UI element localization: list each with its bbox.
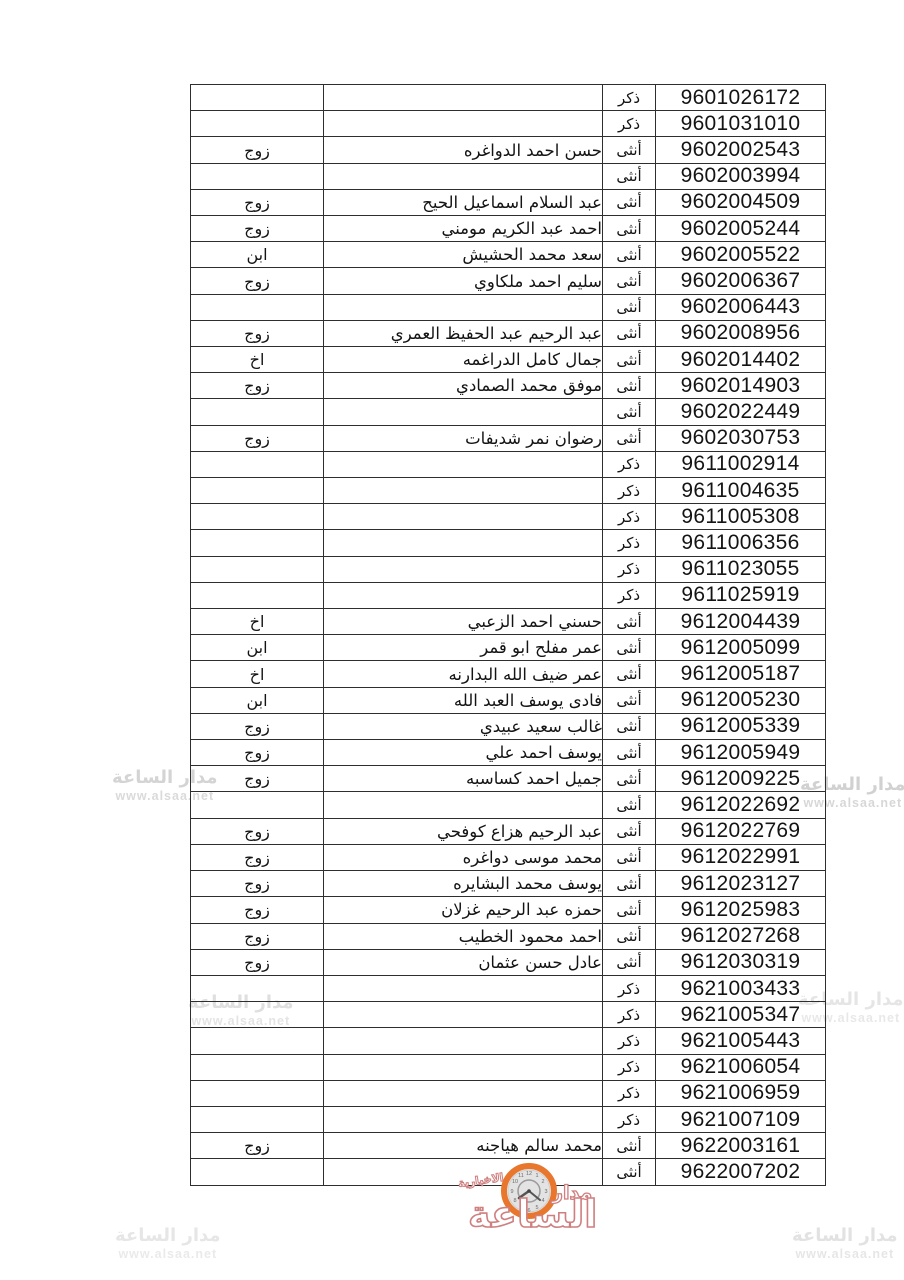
cell-gender: ذكر xyxy=(603,556,656,582)
cell-relation: زوج xyxy=(191,425,324,451)
table-row: اخجمال كامل الدراغمهأنثى9602014402 xyxy=(191,347,826,373)
table-row: ذكر9621005443 xyxy=(191,1028,826,1054)
cell-relation xyxy=(191,451,324,477)
cell-relation: زوج xyxy=(191,189,324,215)
cell-id: 9602006367 xyxy=(656,268,826,294)
cell-relation xyxy=(191,1080,324,1106)
cell-name xyxy=(324,1002,603,1028)
cell-gender: أنثى xyxy=(603,373,656,399)
watermark-url: www.alsaa.net xyxy=(115,1247,221,1261)
cell-name xyxy=(324,163,603,189)
cell-relation xyxy=(191,582,324,608)
cell-gender: ذكر xyxy=(603,1106,656,1132)
table-row: زوجاحمد عبد الكريم مومنيأنثى9602005244 xyxy=(191,216,826,242)
cell-id: 9602003994 xyxy=(656,163,826,189)
table-row: أنثى9602003994 xyxy=(191,163,826,189)
cell-relation: ابن xyxy=(191,635,324,661)
cell-id: 9612022769 xyxy=(656,818,826,844)
cell-gender: أنثى xyxy=(603,1133,656,1159)
svg-text:9: 9 xyxy=(510,1189,513,1195)
cell-gender: أنثى xyxy=(603,163,656,189)
table-row: زوجحمزه عبد الرحيم غزلانأنثى9612025983 xyxy=(191,897,826,923)
cell-gender: أنثى xyxy=(603,635,656,661)
cell-relation: زوج xyxy=(191,818,324,844)
cell-name: سعد محمد الحشيش xyxy=(324,242,603,268)
watermark-url: www.alsaa.net xyxy=(792,1247,898,1261)
watermark: مدار الساعة www.alsaa.net xyxy=(115,1226,221,1261)
cell-name xyxy=(324,530,603,556)
cell-id: 9602008956 xyxy=(656,320,826,346)
watermark-title: مدار الساعة xyxy=(115,1226,221,1247)
cell-gender: أنثى xyxy=(603,189,656,215)
cell-id: 9612005339 xyxy=(656,713,826,739)
cell-relation: اخ xyxy=(191,347,324,373)
table-row: أنثى9612022692 xyxy=(191,792,826,818)
table-row: ذكر9621003433 xyxy=(191,975,826,1001)
cell-name: حمزه عبد الرحيم غزلان xyxy=(324,897,603,923)
cell-name: عبد السلام اسماعيل الحيح xyxy=(324,189,603,215)
cell-id: 9622003161 xyxy=(656,1133,826,1159)
table-row: ذكر9621006959 xyxy=(191,1080,826,1106)
table-row: زوجرضوان نمر شديفاتأنثى9602030753 xyxy=(191,425,826,451)
table-row: أنثى9602006443 xyxy=(191,294,826,320)
cell-id: 9612022692 xyxy=(656,792,826,818)
cell-gender: أنثى xyxy=(603,320,656,346)
cell-id: 9612004439 xyxy=(656,609,826,635)
cell-gender: ذكر xyxy=(603,530,656,556)
cell-id: 9611023055 xyxy=(656,556,826,582)
table-row: أنثى9602022449 xyxy=(191,399,826,425)
cell-id: 9602005244 xyxy=(656,216,826,242)
cell-name: جميل احمد كساسبه xyxy=(324,766,603,792)
cell-id: 9601031010 xyxy=(656,111,826,137)
cell-gender: ذكر xyxy=(603,504,656,530)
cell-relation: ابن xyxy=(191,687,324,713)
cell-relation xyxy=(191,792,324,818)
cell-name xyxy=(324,478,603,504)
cell-name xyxy=(324,399,603,425)
cell-gender: أنثى xyxy=(603,425,656,451)
cell-relation: زوج xyxy=(191,137,324,163)
cell-name xyxy=(324,582,603,608)
cell-relation xyxy=(191,399,324,425)
table-row: زوججميل احمد كساسبهأنثى9612009225 xyxy=(191,766,826,792)
table-row: ذكر9611025919 xyxy=(191,582,826,608)
cell-id: 9611025919 xyxy=(656,582,826,608)
cell-id: 9602014402 xyxy=(656,347,826,373)
cell-id: 9612027268 xyxy=(656,923,826,949)
cell-id: 9621003433 xyxy=(656,975,826,1001)
cell-gender: أنثى xyxy=(603,216,656,242)
cell-id: 9612005949 xyxy=(656,740,826,766)
cell-gender: أنثى xyxy=(603,871,656,897)
cell-relation: زوج xyxy=(191,897,324,923)
cell-gender: أنثى xyxy=(603,294,656,320)
cell-gender: ذكر xyxy=(603,582,656,608)
cell-relation: زوج xyxy=(191,766,324,792)
cell-id: 9602006443 xyxy=(656,294,826,320)
cell-id: 9602002543 xyxy=(656,137,826,163)
cell-gender: ذكر xyxy=(603,478,656,504)
table-row: زوجموفق محمد الصماديأنثى9602014903 xyxy=(191,373,826,399)
cell-gender: ذكر xyxy=(603,1028,656,1054)
cell-gender: أنثى xyxy=(603,818,656,844)
cell-name: احمد عبد الكريم مومني xyxy=(324,216,603,242)
cell-relation: زوج xyxy=(191,216,324,242)
cell-relation xyxy=(191,1002,324,1028)
svg-text:7: 7 xyxy=(519,1205,522,1211)
cell-relation: زوج xyxy=(191,268,324,294)
svg-text:8: 8 xyxy=(513,1198,516,1204)
cell-id: 9611006356 xyxy=(656,530,826,556)
cell-relation: زوج xyxy=(191,373,324,399)
cell-name xyxy=(324,294,603,320)
cell-id: 9621006959 xyxy=(656,1080,826,1106)
cell-gender: أنثى xyxy=(603,897,656,923)
cell-name: عمر مفلح ابو قمر xyxy=(324,635,603,661)
cell-name xyxy=(324,1080,603,1106)
cell-relation xyxy=(191,163,324,189)
cell-name xyxy=(324,792,603,818)
document-page: مدار الساعة www.alsaa.net مدار الساعة ww… xyxy=(0,0,904,1280)
cell-name: سليم احمد ملكاوي xyxy=(324,268,603,294)
table-row: أنثى9622007202 xyxy=(191,1159,826,1186)
watermark-title: مدار الساعة xyxy=(792,1226,898,1247)
cell-id: 9601026172 xyxy=(656,85,826,111)
cell-relation: زوج xyxy=(191,949,324,975)
table-row: ابنعمر مفلح ابو قمرأنثى9612005099 xyxy=(191,635,826,661)
cell-name: موفق محمد الصمادي xyxy=(324,373,603,399)
cell-gender: أنثى xyxy=(603,844,656,870)
cell-gender: أنثى xyxy=(603,268,656,294)
cell-relation xyxy=(191,504,324,530)
cell-gender: أنثى xyxy=(603,792,656,818)
cell-gender: ذكر xyxy=(603,1002,656,1028)
cell-name xyxy=(324,504,603,530)
cell-relation: زوج xyxy=(191,871,324,897)
cell-gender: أنثى xyxy=(603,687,656,713)
cell-relation xyxy=(191,1159,324,1186)
table-row: ابنسعد محمد الحشيشأنثى9602005522 xyxy=(191,242,826,268)
table-row: اخعمر ضيف الله البدارنهأنثى9612005187 xyxy=(191,661,826,687)
table-row: زوجمحمد موسى دواغرهأنثى9612022991 xyxy=(191,844,826,870)
cell-name: غالب سعيد عبيدي xyxy=(324,713,603,739)
cell-name xyxy=(324,451,603,477)
table-row: ذكر9611005308 xyxy=(191,504,826,530)
cell-name: رضوان نمر شديفات xyxy=(324,425,603,451)
table-row: ذكر9621006054 xyxy=(191,1054,826,1080)
cell-gender: أنثى xyxy=(603,137,656,163)
cell-name xyxy=(324,111,603,137)
table-row: ذكر9621005347 xyxy=(191,1002,826,1028)
table-row: زوجعبد الرحيم هزاع كوفحيأنثى9612022769 xyxy=(191,818,826,844)
table-row: زوجمحمد سالم هياجنهأنثى9622003161 xyxy=(191,1133,826,1159)
cell-relation xyxy=(191,975,324,1001)
cell-gender: أنثى xyxy=(603,949,656,975)
cell-name: فادى يوسف العبد الله xyxy=(324,687,603,713)
cell-relation: اخ xyxy=(191,609,324,635)
cell-gender: ذكر xyxy=(603,451,656,477)
table-row: ابنفادى يوسف العبد اللهأنثى9612005230 xyxy=(191,687,826,713)
cell-id: 9612005099 xyxy=(656,635,826,661)
cell-name: يوسف احمد علي xyxy=(324,740,603,766)
svg-text:6: 6 xyxy=(527,1208,530,1214)
cell-name xyxy=(324,556,603,582)
cell-name: عبد الرحيم عبد الحفيظ العمري xyxy=(324,320,603,346)
cell-relation: زوج xyxy=(191,1133,324,1159)
cell-id: 9621007109 xyxy=(656,1106,826,1132)
table-row: ذكر9601026172 xyxy=(191,85,826,111)
table-row: زوجحسن احمد الدواغرهأنثى9602002543 xyxy=(191,137,826,163)
cell-relation xyxy=(191,294,324,320)
cell-id: 9612022991 xyxy=(656,844,826,870)
cell-gender: أنثى xyxy=(603,661,656,687)
table-row: اخحسني احمد الزعبيأنثى9612004439 xyxy=(191,609,826,635)
cell-id: 9602030753 xyxy=(656,425,826,451)
table-row: ذكر9611004635 xyxy=(191,478,826,504)
table-row: ذكر9621007109 xyxy=(191,1106,826,1132)
cell-name: يوسف محمد البشايره xyxy=(324,871,603,897)
cell-name: محمد موسى دواغره xyxy=(324,844,603,870)
cell-id: 9612030319 xyxy=(656,949,826,975)
table-row: ذكر9611023055 xyxy=(191,556,826,582)
cell-id: 9611002914 xyxy=(656,451,826,477)
cell-name xyxy=(324,1159,603,1186)
cell-name: حسن احمد الدواغره xyxy=(324,137,603,163)
cell-relation xyxy=(191,556,324,582)
cell-id: 9612009225 xyxy=(656,766,826,792)
cell-relation: زوج xyxy=(191,320,324,346)
cell-id: 9612025983 xyxy=(656,897,826,923)
cell-relation: زوج xyxy=(191,713,324,739)
cell-name xyxy=(324,975,603,1001)
cell-name: احمد محمود الخطيب xyxy=(324,923,603,949)
cell-relation: زوج xyxy=(191,844,324,870)
cell-id: 9602022449 xyxy=(656,399,826,425)
cell-gender: أنثى xyxy=(603,347,656,373)
cell-name: جمال كامل الدراغمه xyxy=(324,347,603,373)
records-table: ذكر9601026172ذكر9601031010زوجحسن احمد ال… xyxy=(190,84,826,1186)
cell-relation: اخ xyxy=(191,661,324,687)
cell-relation xyxy=(191,85,324,111)
logo-alsaa-label: الساعة xyxy=(468,1192,597,1236)
table-row: زوجعبد السلام اسماعيل الحيحأنثى960200450… xyxy=(191,189,826,215)
cell-gender: أنثى xyxy=(603,609,656,635)
records-table-body: ذكر9601026172ذكر9601031010زوجحسن احمد ال… xyxy=(191,85,826,1186)
cell-relation xyxy=(191,1054,324,1080)
cell-id: 9602004509 xyxy=(656,189,826,215)
svg-text:4: 4 xyxy=(541,1198,544,1204)
cell-gender: أنثى xyxy=(603,766,656,792)
cell-id: 9621005347 xyxy=(656,1002,826,1028)
table-row: ذكر9601031010 xyxy=(191,111,826,137)
cell-id: 9602005522 xyxy=(656,242,826,268)
cell-id: 9611004635 xyxy=(656,478,826,504)
cell-relation: زوج xyxy=(191,923,324,949)
cell-id: 9612005187 xyxy=(656,661,826,687)
table-row: زوجعبد الرحيم عبد الحفيظ العمريأنثى96020… xyxy=(191,320,826,346)
table-row: زوجيوسف محمد البشايرهأنثى9612023127 xyxy=(191,871,826,897)
cell-relation: ابن xyxy=(191,242,324,268)
cell-name xyxy=(324,85,603,111)
cell-name: عادل حسن عثمان xyxy=(324,949,603,975)
table-row: زوجغالب سعيد عبيديأنثى9612005339 xyxy=(191,713,826,739)
cell-gender: ذكر xyxy=(603,85,656,111)
cell-gender: أنثى xyxy=(603,1159,656,1186)
cell-name: عمر ضيف الله البدارنه xyxy=(324,661,603,687)
cell-gender: أنثى xyxy=(603,740,656,766)
cell-id: 9622007202 xyxy=(656,1159,826,1186)
cell-gender: ذكر xyxy=(603,1054,656,1080)
cell-gender: أنثى xyxy=(603,923,656,949)
cell-name xyxy=(324,1106,603,1132)
cell-relation xyxy=(191,478,324,504)
cell-gender: أنثى xyxy=(603,713,656,739)
table-row: ذكر9611006356 xyxy=(191,530,826,556)
cell-id: 9621005443 xyxy=(656,1028,826,1054)
watermark: مدار الساعة www.alsaa.net xyxy=(792,1226,898,1261)
table-row: زوجعادل حسن عثمانأنثى9612030319 xyxy=(191,949,826,975)
cell-id: 9611005308 xyxy=(656,504,826,530)
cell-id: 9612005230 xyxy=(656,687,826,713)
cell-id: 9612023127 xyxy=(656,871,826,897)
cell-name: محمد سالم هياجنه xyxy=(324,1133,603,1159)
cell-id: 9602014903 xyxy=(656,373,826,399)
cell-name xyxy=(324,1028,603,1054)
svg-text:3: 3 xyxy=(544,1189,547,1195)
table-row: زوجاحمد محمود الخطيبأنثى9612027268 xyxy=(191,923,826,949)
cell-gender: ذكر xyxy=(603,1080,656,1106)
cell-relation xyxy=(191,1028,324,1054)
table-row: زوجسليم احمد ملكاويأنثى9602006367 xyxy=(191,268,826,294)
cell-name: حسني احمد الزعبي xyxy=(324,609,603,635)
cell-relation xyxy=(191,111,324,137)
cell-name: عبد الرحيم هزاع كوفحي xyxy=(324,818,603,844)
table-row: زوجيوسف احمد عليأنثى9612005949 xyxy=(191,740,826,766)
cell-name xyxy=(324,1054,603,1080)
cell-id: 9621006054 xyxy=(656,1054,826,1080)
cell-relation: زوج xyxy=(191,740,324,766)
cell-relation xyxy=(191,530,324,556)
cell-gender: ذكر xyxy=(603,111,656,137)
cell-gender: أنثى xyxy=(603,242,656,268)
table-row: ذكر9611002914 xyxy=(191,451,826,477)
svg-text:5: 5 xyxy=(535,1205,538,1211)
cell-gender: أنثى xyxy=(603,399,656,425)
cell-gender: ذكر xyxy=(603,975,656,1001)
cell-relation xyxy=(191,1106,324,1132)
